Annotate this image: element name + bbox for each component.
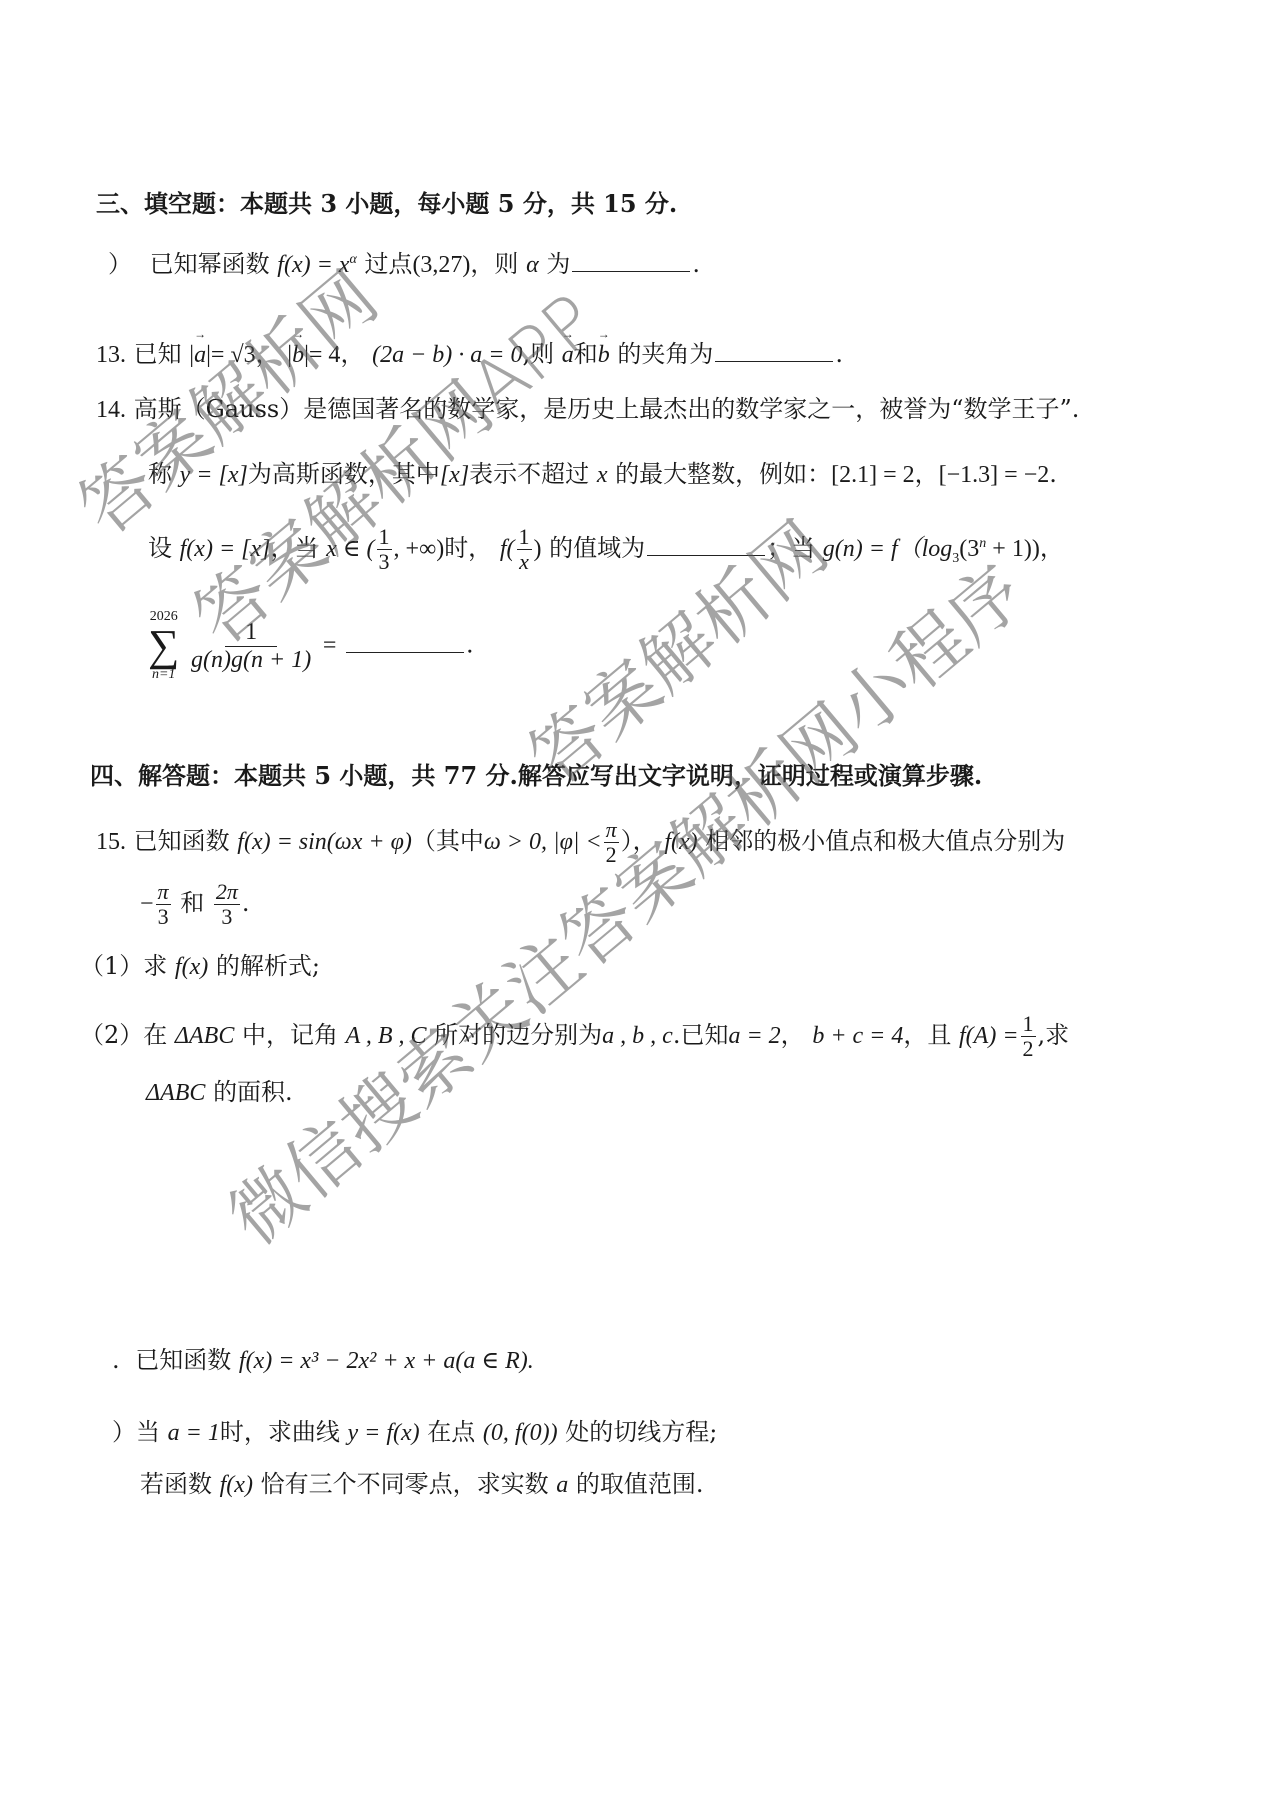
sigma-symbol: 2026∑n=1 xyxy=(148,610,179,682)
question-15-part-2: （2）在 ΔABC 中，记角 A , B , C 所对的边分别为a , b , … xyxy=(80,1012,1069,1061)
question-14-line-3: 设 f(x) = [x]，当 x ∈ (13, +∞)时， f(1x) 的值域为… xyxy=(148,525,1064,574)
question-15-part-1: （1）求 f(x) 的解析式; xyxy=(80,952,320,982)
answer-blank[interactable] xyxy=(715,360,833,362)
question-number: 14. xyxy=(96,397,126,423)
question-15-extrema: −π3 和 2π3. xyxy=(140,880,250,929)
question-15: 15. 已知函数 f(x) = sin(ωx + φ)（其中ω > 0, |φ|… xyxy=(96,818,1065,867)
answer-blank[interactable] xyxy=(346,651,464,653)
question-13: 13. 已知 |a|= √3， |b|= 4， (2a − b) · a = 0… xyxy=(96,340,843,370)
question-14-line-1: 14. 高斯（Gauss）是德国著名的数学家，是历史上最杰出的数学家之一，被誉为… xyxy=(96,395,1079,425)
question-16-part-1: ）当 a = 1时，求曲线 y = f(x) 在点 (0, f(0)) 处的切线… xyxy=(112,1418,717,1448)
question-number: 13. xyxy=(96,342,126,368)
question-15-part-2-line-2: ΔABC 的面积. xyxy=(146,1078,293,1108)
answer-blank[interactable] xyxy=(572,270,690,272)
question-number: 15. xyxy=(96,829,126,855)
section-4-heading: 四、解答题：本题共 5 小题，共 77 分.解答应写出文字说明，证明过程或演算步… xyxy=(90,762,982,791)
answer-blank[interactable] xyxy=(647,554,765,556)
question-14-line-2: 称 y = [x]为高斯函数，其中[x]表示不超过 x 的最大整数，例如：[2.… xyxy=(148,460,1057,490)
question-number: ） xyxy=(108,250,132,278)
question-16: . 已知函数 f(x) = x³ − 2x² + x + a(a ∈ R). xyxy=(112,1346,534,1376)
question-12: ） 已知幂函数 f(x) = xα 过点(3,27)，则 α 为. xyxy=(108,250,700,280)
question-number: . xyxy=(112,1346,120,1374)
question-14-summation: 2026∑n=1 1g(n)g(n + 1) = . xyxy=(148,610,474,682)
question-16-part-2: 若函数 f(x) 恰有三个不同零点，求实数 a 的取值范围. xyxy=(140,1470,704,1500)
section-3-heading: 三、填空题：本题共 3 小题，每小题 5 分，共 15 分. xyxy=(96,190,677,219)
